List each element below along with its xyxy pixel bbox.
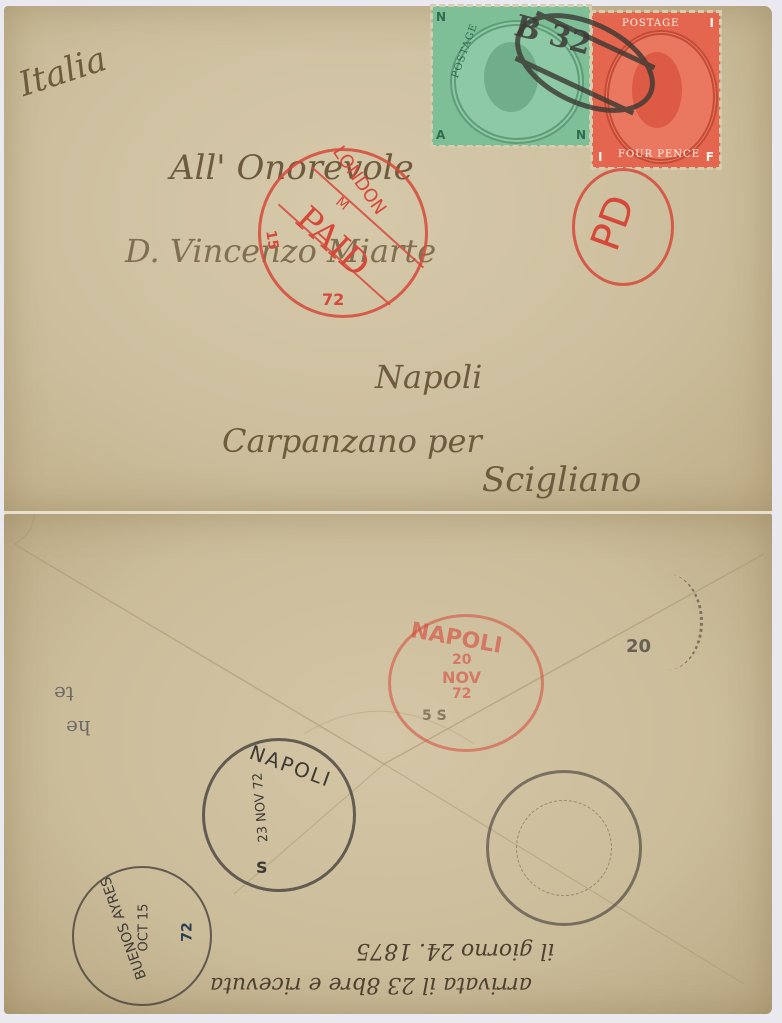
stamp-value: FOUR PENCE: [618, 149, 700, 160]
napoli-red-year: 72: [452, 686, 471, 702]
annotation-line-2: il giorno 24. 1875: [356, 938, 554, 963]
london-date-bottom: 72: [322, 290, 344, 309]
napoli-black-time: S: [256, 858, 268, 877]
napoli-red-day: 20: [452, 652, 471, 668]
napoli-red-month: NOV: [442, 668, 481, 687]
corner-letter: I: [710, 16, 714, 30]
corner-letter: F: [706, 150, 714, 164]
pencil-note-1: te: [54, 682, 74, 706]
partial-right-arc: [632, 574, 703, 670]
pencil-note-2: he: [66, 716, 91, 740]
corner-letter: I: [598, 150, 602, 164]
address-line-3: Napoli: [375, 358, 482, 396]
annotation-line-1: arrivata il 23 8bre e ricevuta: [210, 972, 532, 997]
corner-letter: N: [576, 128, 586, 142]
corner-letter: N: [436, 10, 446, 24]
london-date-left: 15: [262, 229, 281, 251]
buenos-ayres-date: OCT 15: [136, 904, 151, 952]
address-line-4: Carpanzano per: [222, 422, 482, 460]
napoli-red-time: 5 S: [422, 708, 447, 724]
faint-inner-circle: [516, 800, 612, 896]
corner-letter: A: [436, 128, 445, 142]
address-line-5: Scigliano: [482, 460, 641, 500]
buenos-ayres-year: 72: [180, 922, 196, 941]
